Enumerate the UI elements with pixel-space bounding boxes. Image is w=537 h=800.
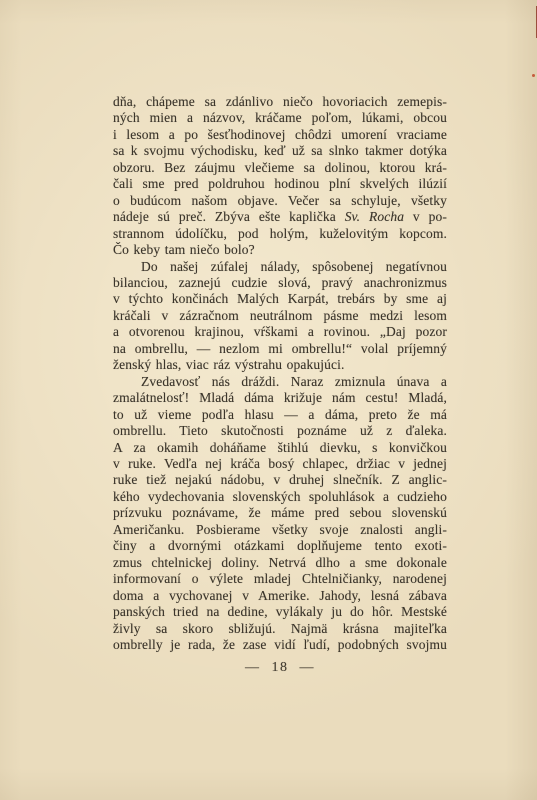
text-line: v týchto končinách Malých Karpát, trebár… — [113, 291, 447, 307]
text-line: panských tried na dedine, vylákaly ju do… — [113, 604, 447, 620]
text-line: A za okamih doháňame štihlú dievku, s ko… — [113, 440, 447, 456]
text-line: strannom údolíčku, pod holým, kuželovitý… — [113, 226, 447, 242]
text-line: ruke tiež nejakú nádobu, v druhej slnečn… — [113, 472, 447, 488]
text-line: živly sa skoro sbližujú. Najmä krásna ma… — [113, 621, 447, 637]
text-line: to už vieme podľa hlasu — a dáma, preto … — [113, 407, 447, 423]
text-line: sa k svojmu východisku, keď už sa slnko … — [113, 143, 447, 159]
text-line: ombrellu. Tieto skutočnosti poznáme už z… — [113, 423, 447, 439]
text-line: Zvedavosť nás dráždi. Naraz zmiznula úna… — [113, 374, 447, 390]
text-line: Do našej zúfalej nálady, spôsobenej nega… — [113, 259, 447, 275]
text-line: na ombrellu, — nezlom mi ombrellu!“ vola… — [113, 341, 447, 357]
text-line: prízvuku poznávame, že máme pred sebou s… — [113, 505, 447, 521]
text-line: informovaní o výlete mladej Chtelničiank… — [113, 571, 447, 587]
text-line: ženský hlas, viac ráz výstrahu opakujúci… — [113, 357, 447, 373]
text-line: činy a dvornými otázkami doplňujeme tent… — [113, 538, 447, 554]
body-text-block: dňa, chápeme sa zdánlivo niečo hovoriaci… — [113, 94, 447, 653]
text-line: čali sme pred poldruhou hodinou plní skv… — [113, 176, 447, 192]
italic-text-segment: Sv. Rocha — [345, 209, 404, 224]
text-line: v ruke. Vedľa nej kráča bosý chlapec, dr… — [113, 456, 447, 472]
text-line: ombrelly je rada, že zase vidí ľudí, pod… — [113, 637, 447, 653]
text-line: ných mien a názvov, kráčame poľom, lúkam… — [113, 110, 447, 126]
text-line: kráčali v zázračnom neutrálnom pásme med… — [113, 308, 447, 324]
text-line: zmus chtelnickej doliny. Netrvá dlho a s… — [113, 555, 447, 571]
text-line: Američanku. Posbierame všetky svoje znal… — [113, 522, 447, 538]
text-line: Čo keby tam niečo bolo? — [113, 242, 447, 258]
scan-artifact-red-dot — [532, 74, 535, 77]
page-number: — 18 — — [113, 660, 447, 676]
text-segment: v po- — [404, 209, 447, 224]
text-line: obzoru. Bez záujmu vlečieme sa dolinou, … — [113, 160, 447, 176]
text-line: zmalátnelosť! Mladá dáma križuje nám ces… — [113, 390, 447, 406]
text-line: nádeje sú preč. Zbýva ešte kaplička Sv. … — [113, 209, 447, 225]
text-line: doma a vychovanej v Amerike. Jahody, les… — [113, 588, 447, 604]
text-line: bilanciou, zaznejú cudzie slová, pravý a… — [113, 275, 447, 291]
text-line: dňa, chápeme sa zdánlivo niečo hovoriaci… — [113, 94, 447, 110]
scanned-book-page: dňa, chápeme sa zdánlivo niečo hovoriaci… — [0, 0, 537, 800]
text-line: kého vydechovania slovenských spoluhláso… — [113, 489, 447, 505]
text-segment: nádeje sú preč. Zbýva ešte kaplička — [113, 209, 345, 224]
text-line: o budúcom našom objave. Večer sa schyluj… — [113, 193, 447, 209]
text-line: a otvorenou krajinou, vŕškami a rovinou.… — [113, 324, 447, 340]
text-line: i lesom a po šesťhodinovej chôdzi umoren… — [113, 127, 447, 143]
